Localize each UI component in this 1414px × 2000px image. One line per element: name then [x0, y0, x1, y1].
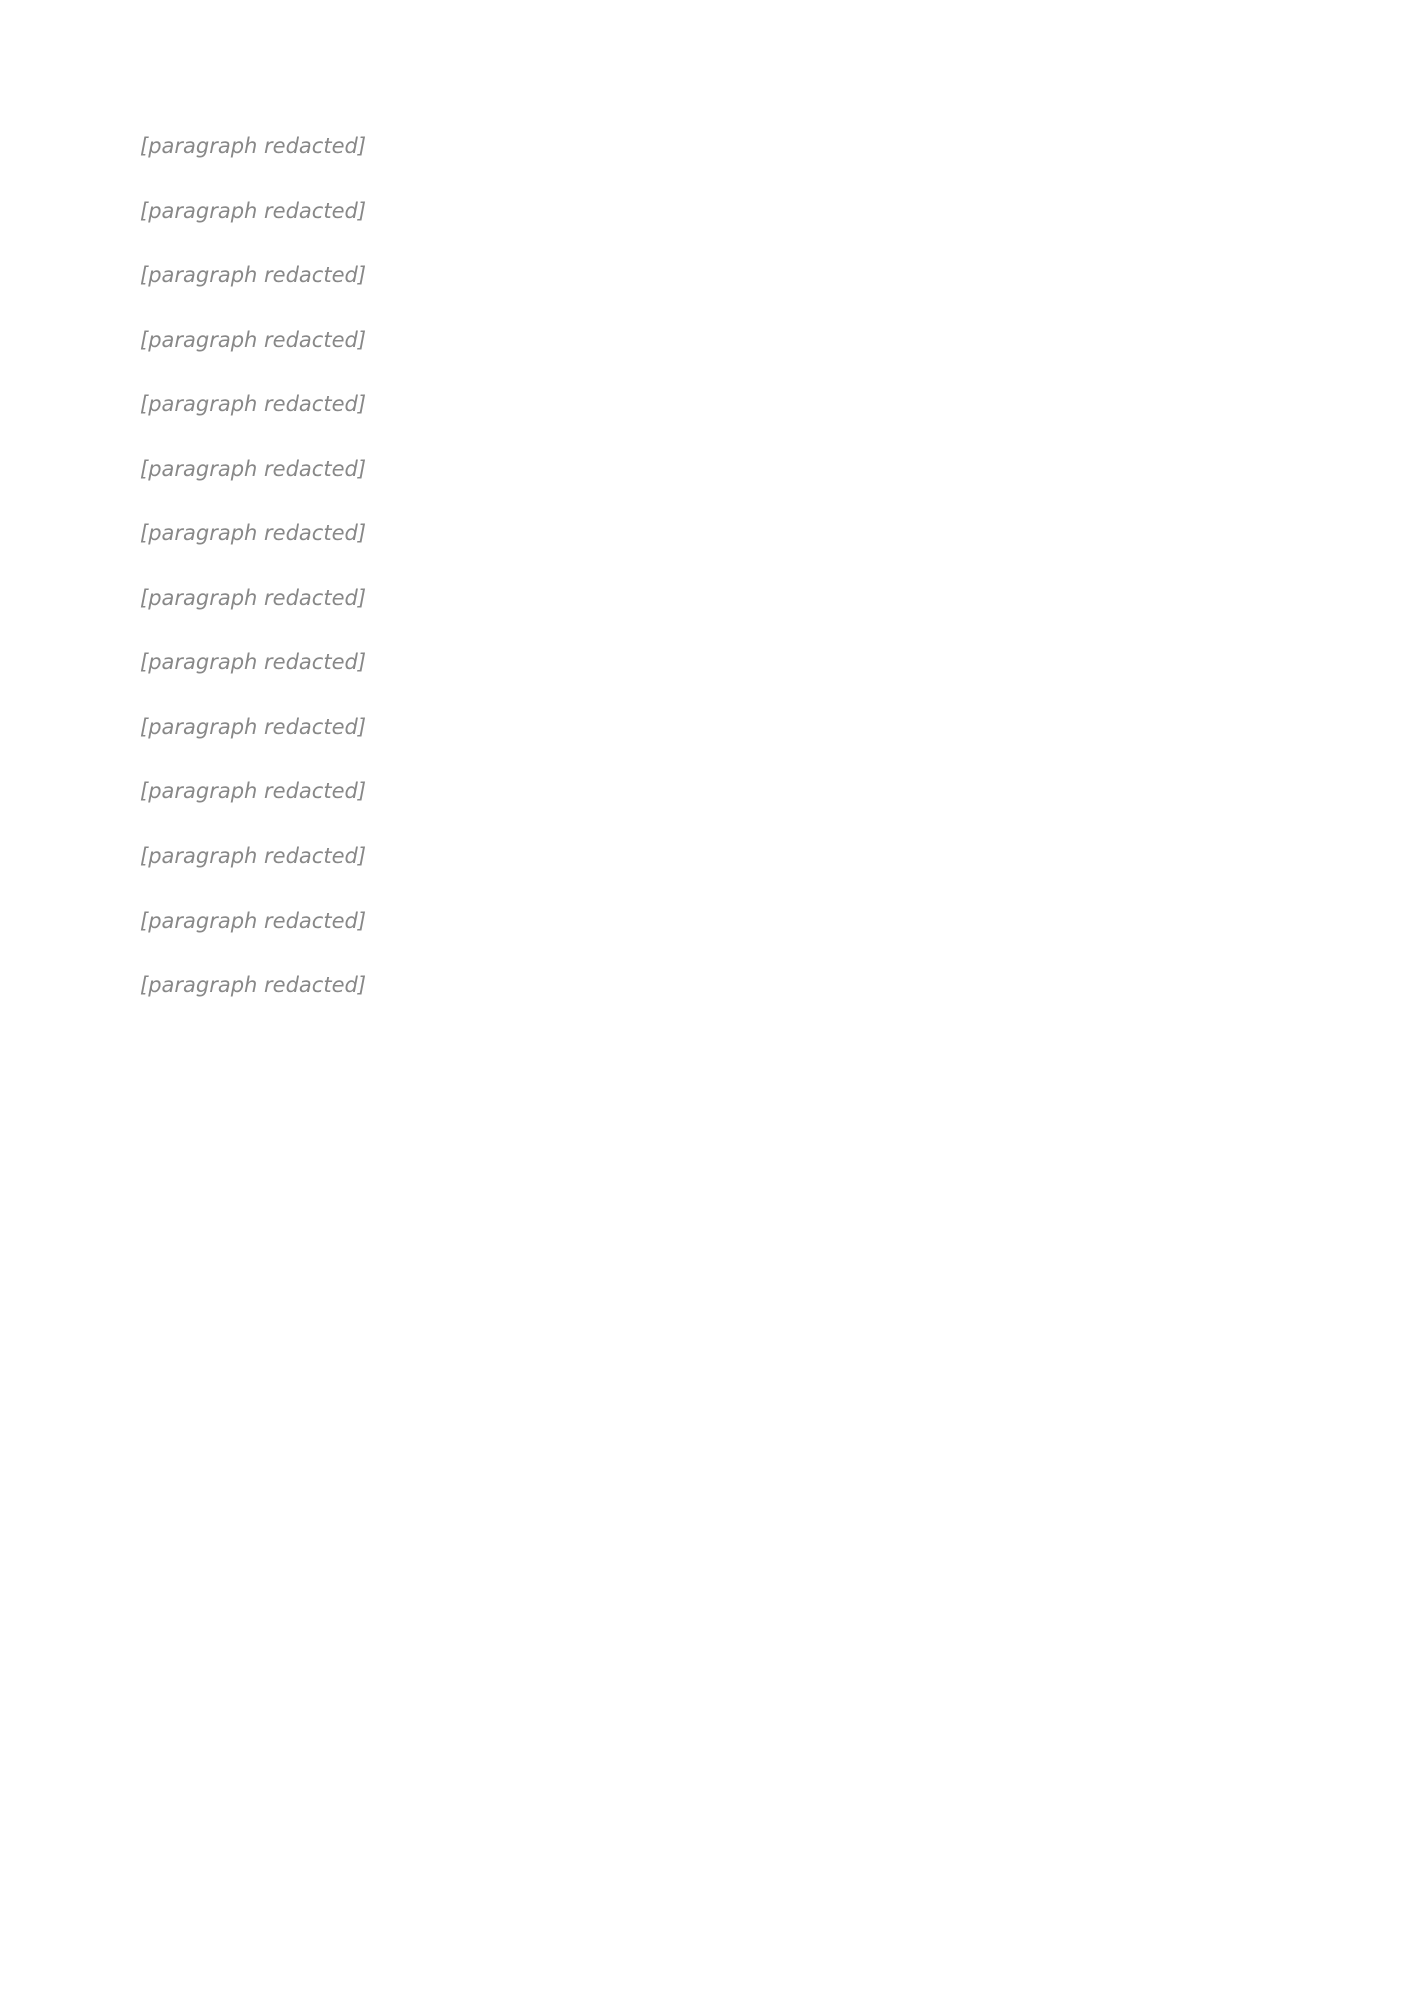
text-paragraph: [paragraph redacted] [140, 324, 1274, 357]
document-page: [paragraph redacted][paragraph redacted]… [0, 0, 1414, 2000]
text-paragraph: [paragraph redacted] [140, 259, 1274, 292]
text-paragraph: [paragraph redacted] [140, 905, 1274, 938]
text-paragraph: [paragraph redacted] [140, 775, 1274, 808]
text-paragraph: [paragraph redacted] [140, 582, 1274, 615]
text-paragraph: [paragraph redacted] [140, 130, 1274, 163]
text-paragraph: [paragraph redacted] [140, 646, 1274, 679]
text-paragraph: [paragraph redacted] [140, 969, 1274, 1002]
text-paragraph: [paragraph redacted] [140, 711, 1274, 744]
text-paragraph: [paragraph redacted] [140, 840, 1274, 873]
text-paragraph: [paragraph redacted] [140, 453, 1274, 486]
text-paragraph: [paragraph redacted] [140, 195, 1274, 228]
text-paragraph: [paragraph redacted] [140, 517, 1274, 550]
text-paragraph: [paragraph redacted] [140, 388, 1274, 421]
